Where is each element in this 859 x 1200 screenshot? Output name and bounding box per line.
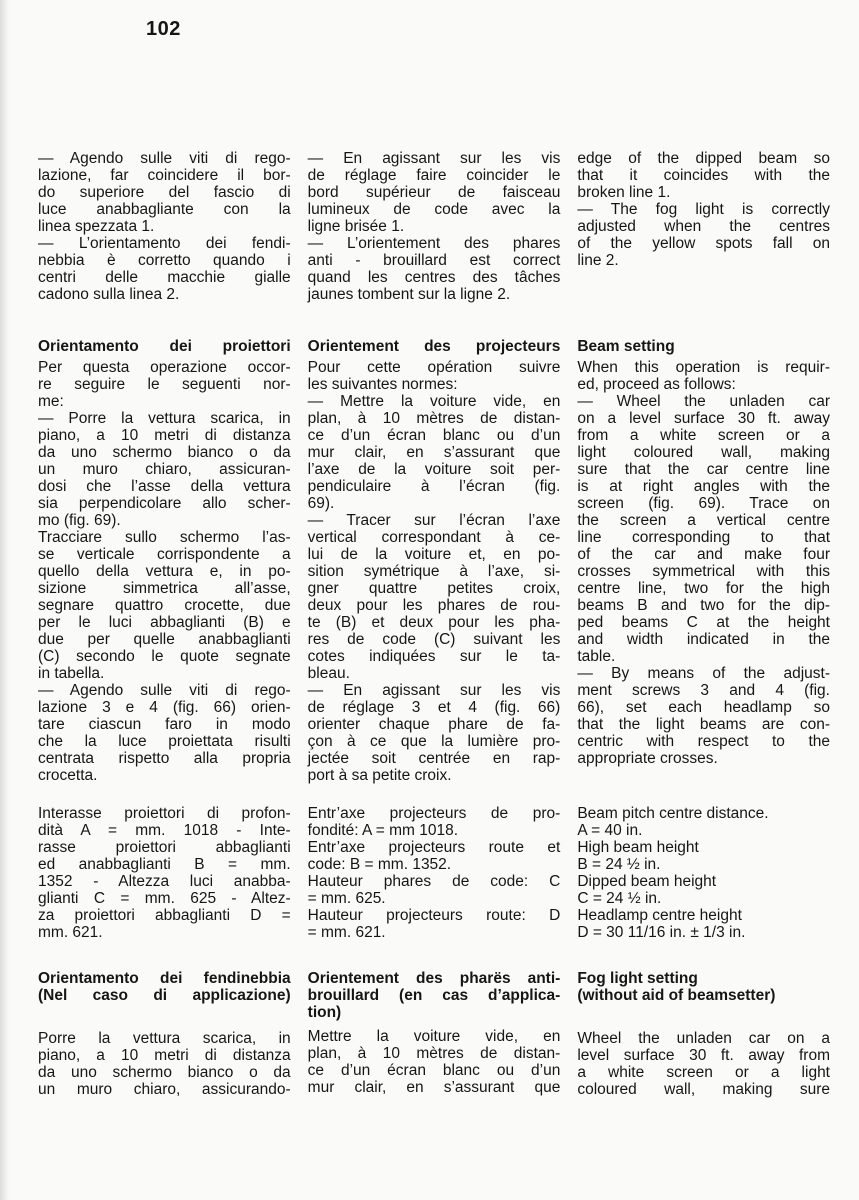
paragraph: — Agendo sulle viti di rego-lazione 3 e … [38,682,291,784]
text-line: za proiettori abbaglianti D = [38,907,291,924]
text-line: lumineux de code avec la [308,201,561,218]
text-line: B = 24 ½ in. [577,856,830,873]
text-line: Dipped beam height [577,873,830,890]
paragraph: — Agendo sulle viti di rego-lazione, far… [38,150,291,235]
text-line: Porre la vettura scarica, in [38,1030,291,1047]
text-line: çon à ce que la lumière pro- [308,733,561,750]
text-line: edge of the dipped beam so [577,150,830,167]
fog-heading-english: Fog light setting(without aid of beamset… [577,970,830,1004]
text-line: pendiculaire à l’écran (fig. [308,478,561,495]
text-line: vertical correspondant à ce- [308,529,561,546]
text-line: dità A = mm. 1018 - Inte- [38,822,291,839]
text-line: Wheel the unladen car on a [577,1030,830,1047]
text-line: rasse proiettori abbaglianti [38,839,291,856]
text-line: — L’orientement des phares [308,235,561,252]
text-line: un muro chiaro, assicurando- [38,1081,291,1098]
text-line: (Nel caso di applicazione) [38,987,291,1004]
text-line: orienter chaque phare de fa- [308,716,561,733]
text-line: = mm. 625. [308,890,561,907]
section-fog-light-italian: Orientamento dei fendinebbia(Nel caso di… [38,970,291,1098]
text-line: broken line 1. [577,184,830,201]
text-line: Hauteur phares de code: C [308,873,561,890]
text-line: High beam height [577,839,830,856]
paragraph: Tracciare sullo schermo l’as-se vertical… [38,529,291,682]
text-line: un muro chiaro, assicuran- [38,461,291,478]
paragraph: — En agissant sur les visde réglage 3 et… [308,682,561,784]
text-line: from a white screen or a [577,427,830,444]
section-body-english: When this operation is requir-ed, procee… [577,359,830,767]
text-line: per le luci abbaglianti (B) e [38,614,291,631]
text-line: Headlamp centre height [577,907,830,924]
text-line: Orientamento dei proiettori [38,338,291,355]
text-line: that it coincides with the [577,167,830,184]
paragraph: Per questa operazione occor-re seguire l… [38,359,291,410]
text-line: lazione 3 e 4 (fig. 66) orien- [38,699,291,716]
text-line: da uno schermo bianco o da [38,1064,291,1081]
text-line: les suivantes normes: [308,376,561,393]
paragraph: Interasse proiettori di profon-dità A = … [38,805,291,941]
text-line: beams B and two for the dip- [577,597,830,614]
paragraph: Entr’axe projecteurs de pro-fondité: A =… [308,805,561,839]
text-line: centrata rispetto alla propria [38,750,291,767]
paragraph: — L’orientement des pharesanti - brouill… [308,235,561,303]
paragraph: High beam height [577,839,830,856]
text-line: Orientement des projecteurs [308,338,561,355]
fog-body-french: Mettre la voiture vide, enplan, à 10 mèt… [308,1028,561,1096]
measurements-english: Beam pitch centre distance.A = 40 in.Hig… [577,805,830,941]
text-line: res de code (C) suivant les [308,631,561,648]
text-line: — The fog light is correctly [577,201,830,218]
paragraph: Orientement des pharës anti-brouillard (… [308,970,561,1021]
section-fog-light-french: Orientement des pharës anti-brouillard (… [308,970,561,1098]
text-line: — Tracer sur l’écran l’axe [308,512,561,529]
text-line: sure that the car centre line [577,461,830,478]
paragraph: Pour cette opération suivreles suivantes… [308,359,561,393]
text-line: — En agissant sur les vis [308,682,561,699]
text-line: cadono sulla linea 2. [38,286,291,303]
text-line: due per quelle anabbaglianti [38,631,291,648]
section-beam-setting-italian: Orientamento dei proiettori Per questa o… [38,338,291,970]
text-line: appropriate crosses. [577,750,830,767]
text-line: Orientement des pharës anti- [308,970,561,987]
section-body-french: Pour cette opération suivreles suivantes… [308,359,561,784]
paragraph: B = 24 ½ in. [577,856,830,873]
text-line: dosi che l’asse della vettura [38,478,291,495]
text-line: luce anabbagliante con la [38,201,291,218]
paragraph: — Porre la vettura scarica, inpiano, a 1… [38,410,291,529]
text-line: of the yellow spots fall on [577,235,830,252]
text-line: C = 24 ½ in. [577,890,830,907]
text-line: brouillard (en cas d’applica- [308,987,561,1004]
column-italian-intro: — Agendo sulle viti di rego-lazione, far… [38,150,291,338]
page-number: 102 [146,18,181,41]
text-line: centri delle macchie gialle [38,269,291,286]
paragraph: Beam setting [577,338,830,355]
text-line: ed, proceed as follows: [577,376,830,393]
paragraph: Wheel the unladen car on alevel surface … [577,1030,830,1098]
text-line: che la luce proiettata risulti [38,733,291,750]
section-beam-setting-english: Beam setting When this operation is requ… [577,338,830,970]
paragraph: Mettre la voiture vide, enplan, à 10 mèt… [308,1028,561,1096]
text-line: D = 30 11/16 in. ± 1/3 in. [577,924,830,941]
paragraph: Fog light setting [577,970,830,987]
text-line: ce d’un écran blanc ou d’un [308,1062,561,1079]
text-line: piano, a 10 metri di distanza [38,1047,291,1064]
measurements-french: Entr’axe projecteurs de pro-fondité: A =… [308,805,561,941]
text-line: lui de la voiture et, en po- [308,546,561,563]
text-line: do superiore del fascio di [38,184,291,201]
text-line: cotes indiquées sur le ta- [308,648,561,665]
page-content: — Agendo sulle viti di rego-lazione, far… [38,150,830,1098]
text-line: da uno schermo bianco o da [38,444,291,461]
text-line: Tracciare sullo schermo l’as- [38,529,291,546]
text-line: (C) secondo le quote segnate [38,648,291,665]
text-line: quand les centres des tâches [308,269,561,286]
paragraph: Headlamp centre height [577,907,830,924]
text-line: 1352 - Altezza luci anabba- [38,873,291,890]
section-heading-french: Orientement des projecteurs [308,338,561,355]
text-line: Beam pitch centre distance. [577,805,830,822]
text-line: sizione simmetrica all’asse, [38,580,291,597]
paragraph: Hauteur phares de code: C= mm. 625. [308,873,561,907]
text-line: ped beams C at the height [577,614,830,631]
paragraph: Orientamento dei proiettori [38,338,291,355]
paragraph: — L’orientamento dei fendi-nebbia è corr… [38,235,291,303]
text-line: — Agendo sulle viti di rego- [38,150,291,167]
text-line: fondité: A = mm 1018. [308,822,561,839]
measurements-italian: Interasse proiettori di profon-dità A = … [38,805,291,941]
paragraph: — Mettre la voiture vide, enplan, à 10 m… [308,393,561,512]
text-line: A = 40 in. [577,822,830,839]
paragraph: — By means of the adjust-ment screws 3 a… [577,665,830,767]
text-line: screen (fig. 69). Trace on [577,495,830,512]
text-line: — By means of the adjust- [577,665,830,682]
text-line: table. [577,648,830,665]
text-line: linea spezzata 1. [38,218,291,235]
text-line: me: [38,393,291,410]
text-line: (without aid of beamsetter) [577,987,830,1004]
text-line: When this operation is requir- [577,359,830,376]
text-line: Per questa operazione occor- [38,359,291,376]
paragraph: Dipped beam height [577,873,830,890]
text-line: adjusted when the centres [577,218,830,235]
text-line: 69). [308,495,561,512]
paragraph: Orientamento dei fendinebbia(Nel caso di… [38,970,291,1004]
paragraph: Entr’axe projecteurs route etcode: B = m… [308,839,561,873]
text-line: nebbia è corretto quando i [38,252,291,269]
text-line: plan, à 10 mètres de distan- [308,410,561,427]
text-line: on a level surface 30 ft. away [577,410,830,427]
text-line: ligne brisée 1. [308,218,561,235]
section-body-italian: Per questa operazione occor-re seguire l… [38,359,291,784]
fog-body-english: Wheel the unladen car on alevel surface … [577,1030,830,1098]
section-heading-english: Beam setting [577,338,830,355]
text-line: — Porre la vettura scarica, in [38,410,291,427]
text-line: re seguire le seguenti nor- [38,376,291,393]
text-line: jectée soit centrée en rap- [308,750,561,767]
text-line: coloured wall, making sure [577,1081,830,1098]
paragraph: — En agissant sur les visde réglage fair… [308,150,561,235]
text-line: level surface 30 ft. away from [577,1047,830,1064]
paragraph: Porre la vettura scarica, inpiano, a 10 … [38,1030,291,1098]
text-line: mur clair, en s’assurant que [308,444,561,461]
text-line: Hauteur projecteurs route: D [308,907,561,924]
paragraph: — Tracer sur l’écran l’axevertical corre… [308,512,561,682]
paragraph: A = 40 in. [577,822,830,839]
text-line: bord supérieur de faisceau [308,184,561,201]
text-line: sia perpendicolare allo scher- [38,495,291,512]
text-line: ce d’un écran blanc ou d’un [308,427,561,444]
text-line: a white screen or a light [577,1064,830,1081]
text-line: — Wheel the unladen car [577,393,830,410]
text-line: light coloured wall, making [577,444,830,461]
paragraph: C = 24 ½ in. [577,890,830,907]
text-line: Beam setting [577,338,830,355]
text-line: tion) [308,1004,561,1021]
text-line: gner quattre petites croix, [308,580,561,597]
text-line: crosses symmetrical with this [577,563,830,580]
text-line: ment screws 3 and 4 (fig. [577,682,830,699]
text-line: se verticale corrispondente a [38,546,291,563]
text-line: sition symétrique à l’axe, si- [308,563,561,580]
paragraph: D = 30 11/16 in. ± 1/3 in. [577,924,830,941]
text-line: Entr’axe projecteurs de pro- [308,805,561,822]
text-line: mo (fig. 69). [38,512,291,529]
manual-page: 102 — Agendo sulle viti di rego-lazione,… [0,0,859,1200]
text-line: segnare quattro crocette, due [38,597,291,614]
text-line: de réglage faire coincider le [308,167,561,184]
text-line: glianti C = mm. 625 - Altez- [38,890,291,907]
paragraph: Hauteur projecteurs route: D= mm. 621. [308,907,561,941]
text-line: — Agendo sulle viti di rego- [38,682,291,699]
text-line: centre line, two for the high [577,580,830,597]
text-line: 66), set each headlamp so [577,699,830,716]
text-line: tare ciascun faro in modo [38,716,291,733]
text-line: anti - brouillard est correct [308,252,561,269]
paragraph: — Wheel the unladen caron a level surfac… [577,393,830,665]
text-line: ed anabbaglianti B = mm. [38,856,291,873]
text-line: plan, à 10 mètres de distan- [308,1045,561,1062]
text-line: line corresponding to that [577,529,830,546]
fog-heading-italian: Orientamento dei fendinebbia(Nel caso di… [38,970,291,1004]
text-line: mm. 621. [38,924,291,941]
section-heading-italian: Orientamento dei proiettori [38,338,291,355]
text-line: Pour cette opération suivre [308,359,561,376]
fog-body-italian: Porre la vettura scarica, inpiano, a 10 … [38,1030,291,1098]
text-line: bleau. [308,665,561,682]
text-line: centric with respect to the [577,733,830,750]
column-french-intro: — En agissant sur les visde réglage fair… [308,150,561,338]
text-line: in tabella. [38,665,291,682]
paragraph: edge of the dipped beam sothat it coinci… [577,150,830,201]
text-line: port à sa petite croix. [308,767,561,784]
text-line: — L’orientamento dei fendi- [38,235,291,252]
text-line: line 2. [577,252,830,269]
column-english-intro: edge of the dipped beam sothat it coinci… [577,150,830,338]
text-line: l’axe de la voiture soit per- [308,461,561,478]
text-line: lazione, far coincidere il bor- [38,167,291,184]
text-line: de réglage 3 et 4 (fig. 66) [308,699,561,716]
text-line: Fog light setting [577,970,830,987]
text-line: code: B = mm. 1352. [308,856,561,873]
section-fog-light-english: Fog light setting(without aid of beamset… [577,970,830,1098]
text-line: that the light beams are con- [577,716,830,733]
text-line: and width indicated in the [577,631,830,648]
text-line: = mm. 621. [308,924,561,941]
text-line: Entr’axe projecteurs route et [308,839,561,856]
text-line: Interasse proiettori di profon- [38,805,291,822]
text-line: te (B) et deux pour les pha- [308,614,561,631]
text-line: deux pour les phares de rou- [308,597,561,614]
paragraph: Beam pitch centre distance. [577,805,830,822]
text-line: quello della vettura e, in po- [38,563,291,580]
text-line: of the car and make four [577,546,830,563]
text-line: Mettre la voiture vide, en [308,1028,561,1045]
text-line: piano, a 10 metri di distanza [38,427,291,444]
paragraph: When this operation is requir-ed, procee… [577,359,830,393]
text-line: — En agissant sur les vis [308,150,561,167]
text-line: crocetta. [38,767,291,784]
text-line: — Mettre la voiture vide, en [308,393,561,410]
text-line: mur clair, en s’assurant que [308,1079,561,1096]
paragraph: Orientement des projecteurs [308,338,561,355]
scan-edge-shadow [0,0,9,1200]
section-beam-setting-french: Orientement des projecteurs Pour cette o… [308,338,561,970]
text-line: the screen a vertical centre [577,512,830,529]
paragraph: — The fog light is correctlyadjusted whe… [577,201,830,269]
text-line: is at right angles with the [577,478,830,495]
text-line: jaunes tombent sur la ligne 2. [308,286,561,303]
text-line: Orientamento dei fendinebbia [38,970,291,987]
fog-heading-french: Orientement des pharës anti-brouillard (… [308,970,561,1021]
paragraph: (without aid of beamsetter) [577,987,830,1004]
